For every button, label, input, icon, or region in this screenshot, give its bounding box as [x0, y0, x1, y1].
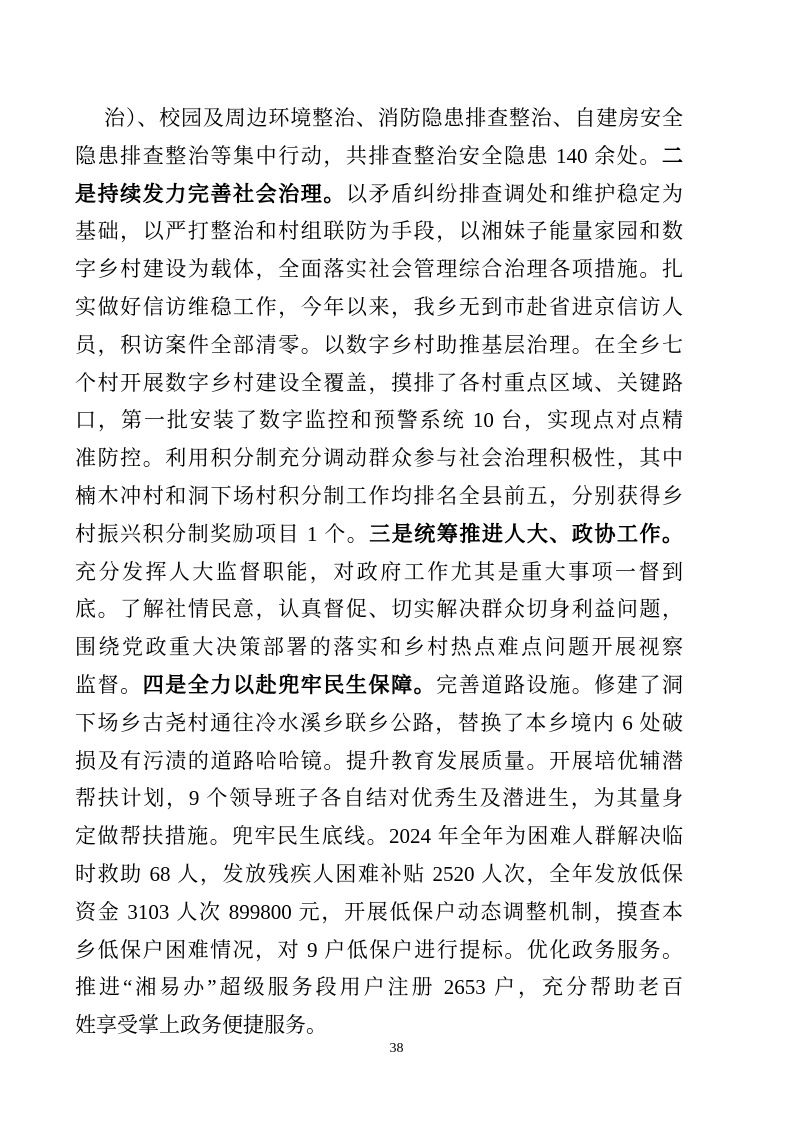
text-line: 治）、校园及周边环境整治、消防隐患排查整治、自建房安全 [75, 100, 683, 138]
text-line: 是持续发力完善社会治理。以矛盾纠纷排查调处和维护稳定为 [75, 176, 683, 214]
text-line: 下场乡古尧村通往冷水溪乡联乡公路，替换了本乡境内 6 处破 [75, 705, 683, 743]
text-segment: 时救助 68 人，发放残疾人困难补贴 2520 人次，全年发放低保 [75, 862, 683, 886]
text-line: 员，积访案件全部清零。以数字乡村助推基层治理。在全乡七 [75, 327, 683, 365]
text-line: 充分发挥人大监督职能，对政府工作尤其是重大事项一督到 [75, 554, 683, 592]
text-segment: 准防控。利用积分制充分调动群众参与社会治理积极性，其中 [75, 446, 683, 470]
text-line: 字乡村建设为载体，全面落实社会管理综合治理各项措施。扎 [75, 251, 683, 289]
text-segment: 治）、校园及周边环境整治、消防隐患排查整治、自建房安全 [104, 106, 683, 130]
text-segment: 实做好信访维稳工作，今年以来，我乡无到市赴省进京信访人 [75, 295, 683, 319]
text-segment: 隐患排查整治等集中行动，共排查整治安全隐患 140 余处。 [75, 144, 662, 168]
text-line: 监督。四是全力以赴兜牢民生保障。完善道路设施。修建了洞 [75, 667, 683, 705]
text-line: 底。了解社情民意，认真督促、切实解决群众切身利益问题， [75, 591, 683, 629]
text-segment: 个村开展数字乡村建设全覆盖，摸排了各村重点区域、关键路 [75, 371, 683, 395]
text-segment: 推进“湘易办”超级服务段用户注册 2653 户，充分帮助老百 [75, 975, 683, 999]
bold-heading-segment: 四是全力以赴兜牢民生保障。 [143, 673, 437, 697]
text-segment: 姓享受掌上政务便捷服务。 [75, 1013, 327, 1037]
bold-heading-segment: 三是统筹推进人大、政协工作。 [369, 522, 683, 546]
text-segment: 完善道路设施。修建了洞 [436, 673, 683, 697]
text-line: 损及有污渍的道路哈哈镜。提升教育发展质量。开展培优辅潜 [75, 743, 683, 781]
text-line: 村振兴积分制奖励项目 1 个。三是统筹推进人大、政协工作。 [75, 516, 683, 554]
text-line: 围绕党政重大决策部署的落实和乡村热点难点问题开展视察 [75, 629, 683, 667]
text-line: 准防控。利用积分制充分调动群众参与社会治理积极性，其中 [75, 440, 683, 478]
text-segment: 以矛盾纠纷排查调处和维护稳定为 [346, 182, 683, 206]
text-segment: 损及有污渍的道路哈哈镜。提升教育发展质量。开展培优辅潜 [75, 749, 683, 773]
text-line: 乡低保户困难情况，对 9 户低保户进行提标。优化政务服务。 [75, 932, 683, 970]
text-segment: 围绕党政重大决策部署的落实和乡村热点难点问题开展视察 [75, 635, 683, 659]
text-segment: 充分发挥人大监督职能，对政府工作尤其是重大事项一督到 [75, 560, 683, 584]
text-line: 定做帮扶措施。兜牢民生底线。2024 年全年为困难人群解决临 [75, 818, 683, 856]
text-line: 隐患排查整治等集中行动，共排查整治安全隐患 140 余处。二 [75, 138, 683, 176]
page-number: 38 [0, 1040, 793, 1058]
text-segment: 帮扶计划，9 个领导班子各自结对优秀生及潜进生，为其量身 [75, 786, 683, 810]
text-line: 资金 3103 人次 899800 元，开展低保户动态调整机制，摸查本 [75, 894, 683, 932]
text-segment: 乡低保户困难情况，对 9 户低保户进行提标。优化政务服务。 [75, 938, 683, 962]
text-segment: 字乡村建设为载体，全面落实社会管理综合治理各项措施。扎 [75, 257, 683, 281]
text-line: 帮扶计划，9 个领导班子各自结对优秀生及潜进生，为其量身 [75, 780, 683, 818]
text-segment: 楠木冲村和洞下场村积分制工作均排名全县前五，分别获得乡 [75, 484, 683, 508]
bold-heading-segment: 是持续发力完善社会治理。 [75, 182, 346, 206]
text-line: 个村开展数字乡村建设全覆盖，摸排了各村重点区域、关键路 [75, 365, 683, 403]
text-segment: 监督。 [75, 673, 143, 697]
text-segment: 定做帮扶措施。兜牢民生底线。2024 年全年为困难人群解决临 [75, 824, 683, 848]
text-segment: 底。了解社情民意，认真督促、切实解决群众切身利益问题， [75, 597, 683, 621]
text-line: 口，第一批安装了数字监控和预警系统 10 台，实现点对点精 [75, 402, 683, 440]
document-page: 治）、校园及周边环境整治、消防隐患排查整治、自建房安全隐患排查整治等集中行动，共… [0, 0, 793, 1122]
text-segment: 下场乡古尧村通往冷水溪乡联乡公路，替换了本乡境内 6 处破 [75, 711, 683, 735]
text-segment: 村振兴积分制奖励项目 1 个。 [75, 522, 369, 546]
text-line: 实做好信访维稳工作，今年以来，我乡无到市赴省进京信访人 [75, 289, 683, 327]
text-segment: 资金 3103 人次 899800 元，开展低保户动态调整机制，摸查本 [75, 900, 683, 924]
text-segment: 口，第一批安装了数字监控和预警系统 10 台，实现点对点精 [75, 408, 683, 432]
text-line: 推进“湘易办”超级服务段用户注册 2653 户，充分帮助老百 [75, 969, 683, 1007]
text-segment: 员，积访案件全部清零。以数字乡村助推基层治理。在全乡七 [75, 333, 683, 357]
text-segment: 基础，以严打整治和村组联防为手段，以湘妹子能量家园和数 [75, 219, 683, 243]
text-line: 时救助 68 人，发放残疾人困难补贴 2520 人次，全年发放低保 [75, 856, 683, 894]
document-body: 治）、校园及周边环境整治、消防隐患排查整治、自建房安全隐患排查整治等集中行动，共… [75, 100, 683, 1045]
bold-heading-segment: 二 [662, 144, 683, 168]
text-line: 基础，以严打整治和村组联防为手段，以湘妹子能量家园和数 [75, 213, 683, 251]
text-line: 楠木冲村和洞下场村积分制工作均排名全县前五，分别获得乡 [75, 478, 683, 516]
